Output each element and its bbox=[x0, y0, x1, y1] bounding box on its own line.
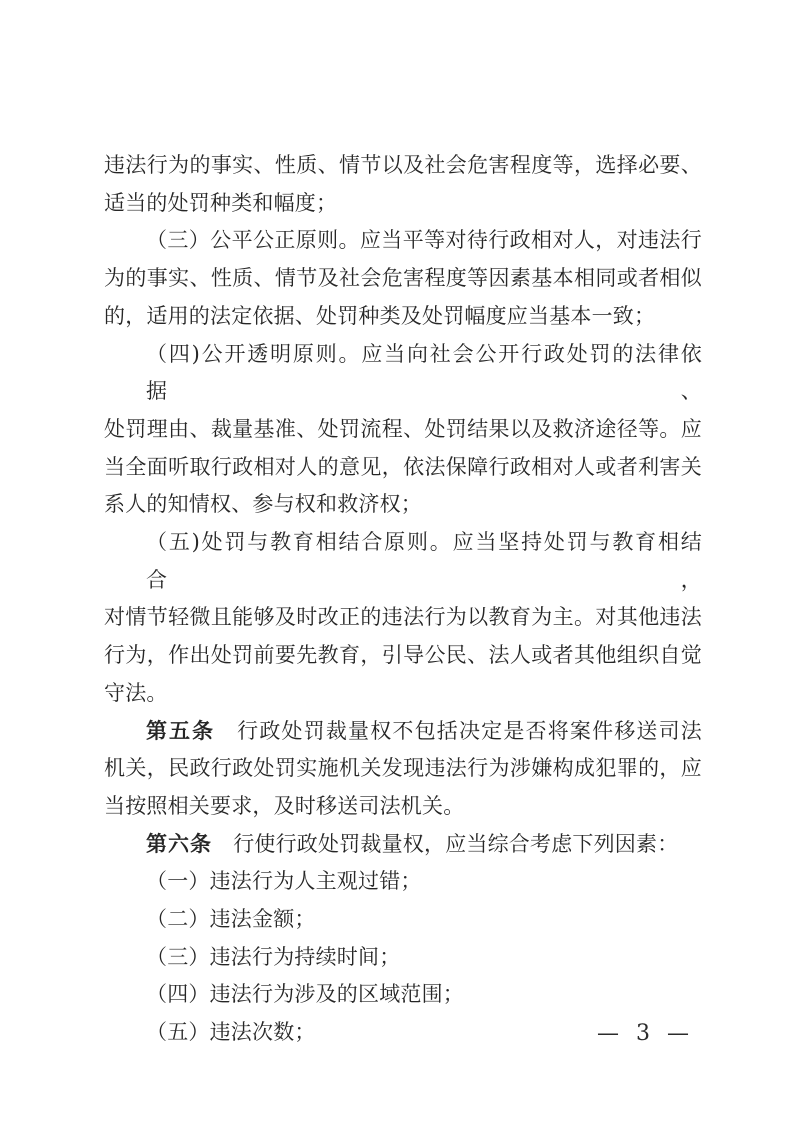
text-line: 对情节轻微且能够及时改正的违法行为以教育为主。对其他违法 bbox=[104, 599, 702, 637]
text-line: 第六条 行使行政处罚裁量权，应当综合考虑下列因素： bbox=[104, 826, 702, 864]
text-line: （二）违法金额； bbox=[104, 901, 702, 939]
line-text: （三）公平公正原则。应当平等对待行政相对人，对违法行 bbox=[146, 228, 702, 252]
text-line: 机关，民政行政处罚实施机关发现违法行为涉嫌构成犯罪的，应 bbox=[104, 750, 702, 788]
line-text: 当按照相关要求，及时移送司法机关。 bbox=[104, 794, 464, 818]
line-text: 守法。 bbox=[104, 681, 168, 705]
text-line: 系人的知情权、参与权和救济权； bbox=[104, 486, 702, 524]
text-line: 的，适用的法定依据、处罚种类及处罚幅度应当基本一致； bbox=[104, 298, 702, 336]
text-line: （四）违法行为涉及的区域范围； bbox=[104, 976, 702, 1014]
line-text: 为的事实、性质、情节及社会危害程度等因素基本相同或者相似 bbox=[104, 266, 702, 290]
line-text: （五）违法次数； bbox=[146, 1020, 316, 1044]
line-text: 当全面听取行政相对人的意见，依法保障行政相对人或者利害关 bbox=[104, 455, 702, 479]
line-text: （一）违法行为人主观过错； bbox=[146, 869, 422, 893]
line-text: 对情节轻微且能够及时改正的违法行为以教育为主。对其他违法 bbox=[104, 605, 702, 629]
document-body: 违法行为的事实、性质、情节以及社会危害程度等，选择必要、适当的处罚种类和幅度；（… bbox=[104, 147, 702, 1052]
line-text: 的，适用的法定依据、处罚种类及处罚幅度应当基本一致； bbox=[104, 304, 655, 328]
text-line: 行为，作出处罚前要先教育，引导公民、法人或者其他组织自觉 bbox=[104, 637, 702, 675]
text-line: 守法。 bbox=[104, 675, 702, 713]
line-text: （二）违法金额； bbox=[146, 907, 316, 931]
text-line: （五)处罚与教育相结合原则。应当坚持处罚与教育相结合， bbox=[104, 524, 702, 599]
line-text: （四)公开透明原则。应当向社会公开行政处罚的法律依据、 bbox=[146, 342, 702, 404]
line-text: （五)处罚与教育相结合原则。应当坚持处罚与教育相结合， bbox=[146, 530, 702, 592]
line-text: 适当的处罚种类和幅度； bbox=[104, 191, 337, 215]
line-text: （四）违法行为涉及的区域范围； bbox=[146, 982, 464, 1006]
page-number: — 3 — bbox=[597, 1021, 694, 1046]
document-page: 违法行为的事实、性质、情节以及社会危害程度等，选择必要、适当的处罚种类和幅度；（… bbox=[0, 0, 800, 1131]
line-text: 行使行政处罚裁量权，应当综合考虑下列因素： bbox=[212, 832, 678, 856]
text-line: 为的事实、性质、情节及社会危害程度等因素基本相同或者相似 bbox=[104, 260, 702, 298]
text-line: 当按照相关要求，及时移送司法机关。 bbox=[104, 788, 702, 826]
line-text: 行政处罚裁量权不包括决定是否将案件移送司法 bbox=[215, 719, 702, 743]
text-line: （一）违法行为人主观过错； bbox=[104, 863, 702, 901]
line-text: 处罚理由、裁量基准、处罚流程、处罚结果以及救济途径等。应 bbox=[104, 417, 702, 441]
text-line: （三）违法行为持续时间； bbox=[104, 939, 702, 977]
line-text: 机关，民政行政处罚实施机关发现违法行为涉嫌构成犯罪的，应 bbox=[104, 756, 702, 780]
text-line: 违法行为的事实、性质、情节以及社会危害程度等，选择必要、 bbox=[104, 147, 702, 185]
line-text: （三）违法行为持续时间； bbox=[146, 945, 400, 969]
line-text: 行为，作出处罚前要先教育，引导公民、法人或者其他组织自觉 bbox=[104, 643, 702, 667]
text-line: 当全面听取行政相对人的意见，依法保障行政相对人或者利害关 bbox=[104, 449, 702, 487]
text-line: 处罚理由、裁量基准、处罚流程、处罚结果以及救济途径等。应 bbox=[104, 411, 702, 449]
text-line: （三）公平公正原则。应当平等对待行政相对人，对违法行 bbox=[104, 222, 702, 260]
article-number: 第五条 bbox=[146, 719, 215, 743]
line-text: 系人的知情权、参与权和救济权； bbox=[104, 492, 422, 516]
text-line: （四)公开透明原则。应当向社会公开行政处罚的法律依据、 bbox=[104, 336, 702, 411]
text-line: 适当的处罚种类和幅度； bbox=[104, 185, 702, 223]
article-number: 第六条 bbox=[146, 832, 212, 856]
line-text: 违法行为的事实、性质、情节以及社会危害程度等，选择必要、 bbox=[104, 153, 702, 177]
text-line: 第五条 行政处罚裁量权不包括决定是否将案件移送司法 bbox=[104, 713, 702, 751]
